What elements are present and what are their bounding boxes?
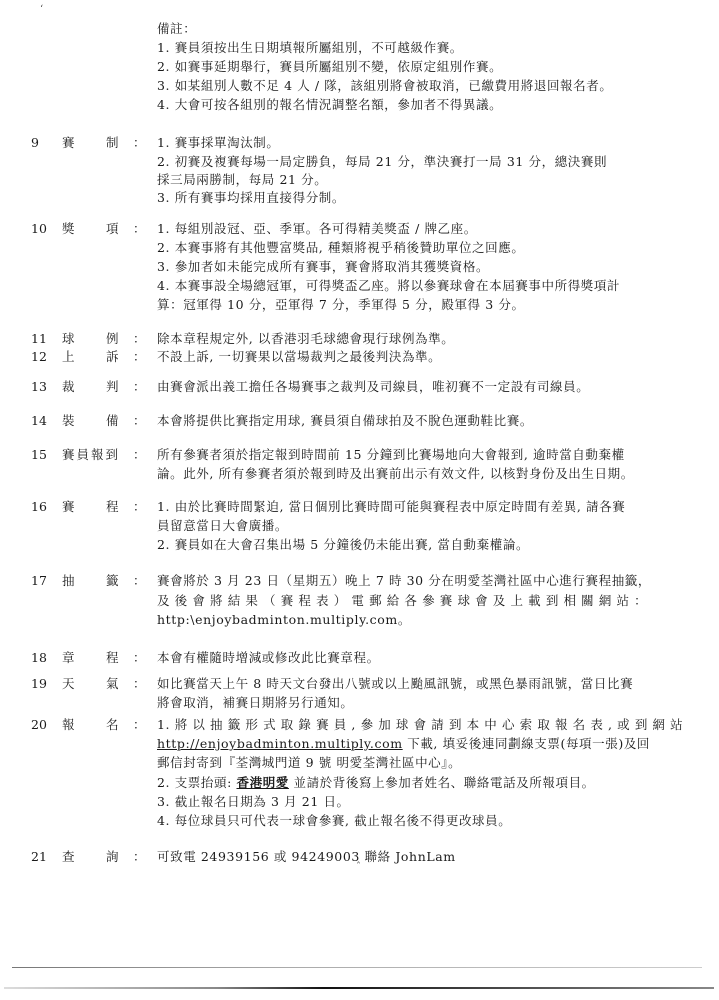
section-number: 14 <box>31 412 47 429</box>
colon: ： <box>133 378 146 395</box>
scan-mark: ˆ <box>356 862 361 873</box>
registration-link[interactable]: http://enjoybadminton.multiply.com <box>157 736 403 751</box>
section-label-char-1: 賽 <box>62 134 75 151</box>
section-line: 如比賽當天上午 8 時天文台發出八號或以上颱風訊號，或黑色暴雨訊號，當日比賽 <box>157 675 633 692</box>
remark-item-3: 3. 如某組別人數不足 4 人 / 隊，該組別將會被取消，已繳費用將退回報名者。 <box>157 77 612 94</box>
section-label-char-2: 程 <box>106 649 119 666</box>
colon: ： <box>133 649 146 666</box>
section-label: 賽員報到 <box>62 446 120 463</box>
section-label-char-1: 上 <box>62 348 75 365</box>
section-line: 本會將提供比賽指定用球, 賽員須自備球拍及不脫色運動鞋比賽。 <box>157 412 533 429</box>
section-line: 論。此外, 所有參賽者須於報到時及出賽前出示有效文件, 以核對身份及出生日期。 <box>157 465 634 482</box>
section-line: 1. 將 以 抽 籤 形 式 取 錄 賽 員 , 參 加 球 會 請 到 本 中… <box>157 716 683 733</box>
section-line: 不設上訴, 一切賽果以當場裁判之最後判決為準。 <box>157 348 441 365</box>
section-label-char-1: 報 <box>62 716 75 733</box>
section-number: 13 <box>31 378 47 395</box>
section-line: 賽會將於 3 月 23 日（星期五）晚上 7 時 30 分在明愛荃灣社區中心進行… <box>157 572 651 589</box>
section-label-char-1: 查 <box>62 848 75 865</box>
section-number: 10 <box>31 220 47 237</box>
cheque-payee-line: 2. 支票抬頭: 香港明愛 並請於背後寫上參加者姓名、聯絡電話及所報項目。 <box>157 774 595 791</box>
section-number: 9 <box>31 134 39 151</box>
section-line: 由賽會派出義工擔任各場賽事之裁判及司線員，唯初賽不一定設有司線員。 <box>157 378 589 395</box>
section-label-char-2: 籤 <box>106 572 119 589</box>
scan-mark: ʻ <box>40 4 43 15</box>
section-label-char-2: 程 <box>106 498 119 515</box>
section-line: 3. 截止報名日期為 3 月 21 日。 <box>157 793 350 810</box>
section-number: 18 <box>31 649 47 666</box>
cheque-label: 2. 支票抬頭: <box>157 775 232 790</box>
section-line: 1. 賽事採單淘汰制。 <box>157 134 280 151</box>
section-number: 21 <box>31 848 47 865</box>
section-number: 20 <box>31 716 47 733</box>
colon: ： <box>133 716 146 733</box>
colon: ： <box>133 675 146 692</box>
section-line: 1. 每組別設冠、亞、季軍。各可得精美獎盃 / 牌乙座。 <box>157 220 477 237</box>
section-number: 19 <box>31 675 47 692</box>
section-label-char-2: 制 <box>106 134 119 151</box>
section-label-char-1: 獎 <box>62 220 75 237</box>
section-line: 員留意當日大會廣播。 <box>157 517 288 534</box>
section-label-char-1: 抽 <box>62 572 75 589</box>
draw-url-text: http:\enjoybadminton.multiply.com。 <box>157 611 411 628</box>
section-label-char-1: 裝 <box>62 412 75 429</box>
colon: ： <box>133 220 146 237</box>
section-label-char-1: 賽 <box>62 498 75 515</box>
remarks-title: 備註： <box>157 20 196 37</box>
colon: ： <box>133 572 146 589</box>
remark-item-2: 2. 如賽事延期舉行，賽員所屬組別不變，依原定組別作賽。 <box>157 58 502 75</box>
section-number: 15 <box>31 446 47 463</box>
section-line: 算：冠軍得 10 分，亞軍得 7 分，季軍得 5 分，殿軍得 3 分。 <box>157 296 525 313</box>
section-line: 1. 由於比賽時間緊迫, 當日個別比賽時間可能與賽程表中原定時間有差異, 請各賽 <box>157 498 625 515</box>
section-line: 本會有權隨時增減或修改此比賽章程。 <box>157 649 380 666</box>
section-label-char-1: 裁 <box>62 378 75 395</box>
section-line: 並請於背後寫上參加者姓名、聯絡電話及所報項目。 <box>293 775 594 790</box>
section-line: 所有參賽者須於指定報到時間前 15 分鐘到比賽場地向大會報到, 逾時當自動棄權 <box>157 446 625 463</box>
footer-divider <box>12 967 702 968</box>
section-label-char-2: 備 <box>106 412 119 429</box>
registration-download-line: http://enjoybadminton.multiply.com 下載, 填… <box>157 735 650 752</box>
section-number: 17 <box>31 572 47 589</box>
section-label-char-2: 名 <box>106 716 119 733</box>
section-label-char-2: 例 <box>106 330 119 347</box>
section-label-char-2: 判 <box>106 378 119 395</box>
colon: ： <box>133 134 146 151</box>
section-label-char-2: 氣 <box>106 675 119 692</box>
section-line: 2. 本賽事將有其他豐富獎品, 種類將視乎稍後贊助單位之回應。 <box>157 239 524 256</box>
remark-item-4: 4. 大會可按各組別的報名情況調整名額，參加者不得異議。 <box>157 96 502 113</box>
section-line: 除本章程規定外, 以香港羽毛球總會現行球例為準。 <box>157 330 454 347</box>
section-label-char-1: 章 <box>62 649 75 666</box>
section-line: 3. 所有賽事均採用直接得分制。 <box>157 189 345 206</box>
mailing-address-line: 郵信封寄到『荃灣城門道 9 號 明愛荃灣社區中心』。 <box>157 754 461 771</box>
section-number: 11 <box>31 330 47 347</box>
section-line: 2. 初賽及複賽每場一局定勝負，每局 21 分，準決賽打一局 31 分，總決賽則 <box>157 153 607 170</box>
section-line: 3. 參加者如未能完成所有賽事，賽會將取消其獲獎資格。 <box>157 258 489 275</box>
section-label-char-2: 項 <box>106 220 119 237</box>
section-line: 將會取消，補賽日期將另行通知。 <box>157 694 354 711</box>
colon: ： <box>133 848 146 865</box>
section-line: 2. 賽員如在大會召集出場 5 分鐘後仍未能出賽, 當自動棄權論。 <box>157 536 529 553</box>
colon: ： <box>133 446 146 463</box>
document-page: ʻ 備註： 1. 賽員須按出生日期填報所屬組別，不可越級作賽。 2. 如賽事延期… <box>0 0 719 1000</box>
section-label-char-1: 球 <box>62 330 75 347</box>
section-number: 12 <box>31 348 47 365</box>
section-label-char-2: 詢 <box>106 848 119 865</box>
colon: ： <box>133 348 146 365</box>
section-number: 16 <box>31 498 47 515</box>
remark-item-1: 1. 賽員須按出生日期填報所屬組別，不可越級作賽。 <box>157 39 463 56</box>
section-line: 4. 每位球員只可代表一球會參賽, 截止報名後不得更改球員。 <box>157 812 511 829</box>
cheque-payee: 香港明愛 <box>237 775 289 790</box>
section-label-char-1: 天 <box>62 675 75 692</box>
section-line: 下載, 填妥後連同劃線支票(每項一張)及回 <box>407 736 650 751</box>
section-line: 及 後 會 將 結 果 （ 賽 程 表 ） 電 郵 給 各 參 賽 球 會 及 … <box>157 592 647 609</box>
colon: ： <box>133 412 146 429</box>
colon: ： <box>133 498 146 515</box>
section-line: 採三局兩勝制，每局 21 分。 <box>157 171 327 188</box>
page-edge-shadow <box>4 987 714 989</box>
section-label-char-2: 訴 <box>106 348 119 365</box>
colon: ： <box>133 330 146 347</box>
section-line: 4. 本賽事設全場總冠軍，可得獎盃乙座。將以參賽球會在本屆賽事中所得獎項計 <box>157 277 620 294</box>
enquiry-contact: 可致電 24939156 或 94249003 聯絡 JohnLam <box>157 848 456 865</box>
